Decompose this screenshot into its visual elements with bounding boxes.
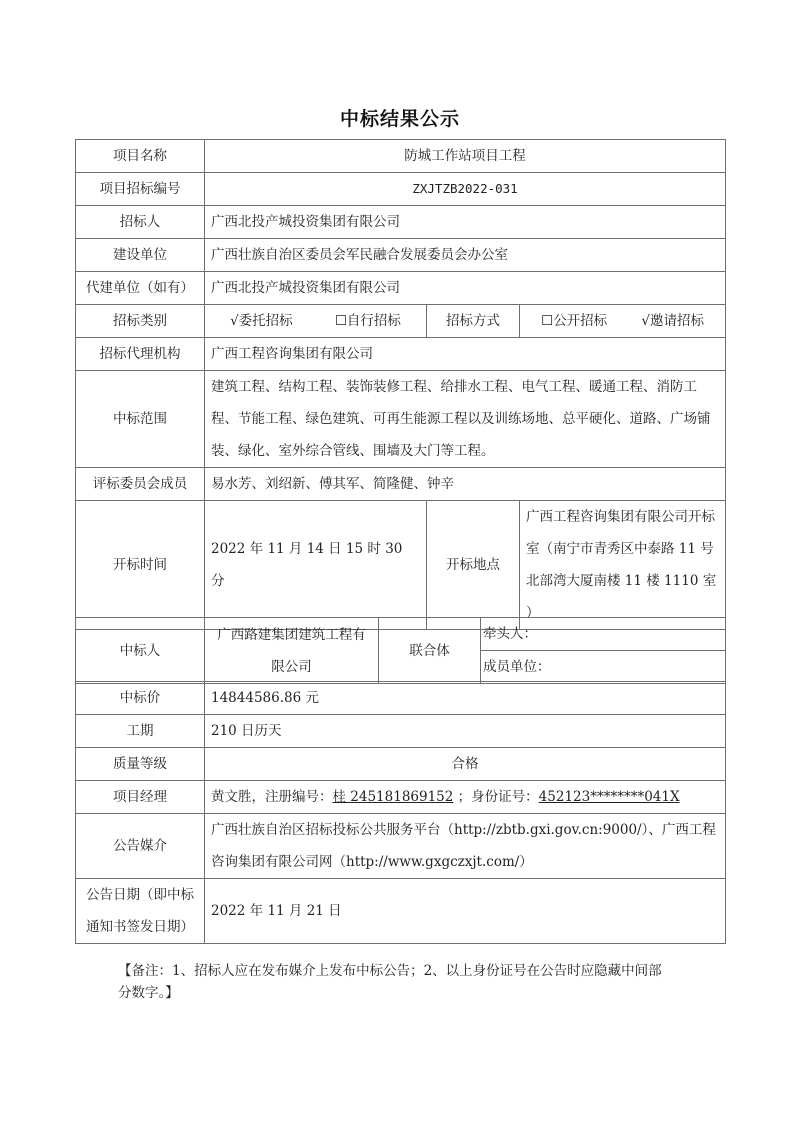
registration-number: 桂 245181869152 [333, 789, 454, 805]
bid-result-table: 项目名称 防城工作站项目工程 项目招标编号 ZXJTZB2022-031 招标人… [75, 139, 726, 630]
row-bid-category: 招标类别 √委托招标 ☐自行招标 招标方式 ☐公开招标 √邀请招标 [76, 305, 726, 338]
label-bid-method: 招标方式 [427, 305, 520, 338]
value-manager: 黄文胜，注册编号：桂 245181869152 ；身份证号：452123****… [205, 781, 726, 814]
row-bid-number: 项目招标编号 ZXJTZB2022-031 [76, 173, 726, 206]
value-winner: 广西路建集团建筑工程有限公司 [205, 618, 379, 684]
label-notice-date: 公告日期（即中标通知书签发日期） [76, 879, 205, 944]
label-builder: 建设单位 [76, 239, 205, 272]
row-project-name: 项目名称 防城工作站项目工程 [76, 140, 726, 173]
label-project-name: 项目名称 [76, 140, 205, 173]
label-quality: 质量等级 [76, 748, 205, 781]
row-builder: 建设单位 广西壮族自治区委员会军民融合发展委员会办公室 [76, 239, 726, 272]
label-opening-place: 开标地点 [427, 501, 520, 630]
row-media: 公告媒介 广西壮族自治区招标投标公共服务平台（http://zbtb.gxi.g… [76, 814, 726, 879]
value-agency: 广西工程咨询集团有限公司 [205, 338, 726, 371]
document-title: 中标结果公示 [0, 104, 800, 131]
value-media: 广西壮族自治区招标投标公共服务平台（http://zbtb.gxi.gov.cn… [205, 814, 726, 879]
value-opening-place: 广西工程咨询集团有限公司开标室（南宁市青秀区中泰路 11 号北部湾大厦南楼 11… [520, 501, 726, 630]
winner-table: 中标人 广西路建集团建筑工程有限公司 联合体 牵头人： 成员单位： [75, 617, 726, 684]
row-notice-date: 公告日期（即中标通知书签发日期） 2022 年 11 月 21 日 [76, 879, 726, 944]
value-notice-date: 2022 年 11 月 21 日 [205, 879, 726, 944]
empty-box-icon: ☐ [335, 313, 347, 329]
label-duration: 工期 [76, 715, 205, 748]
row-tenderer: 招标人 广西北投产城投资集团有限公司 [76, 206, 726, 239]
label-manager: 项目经理 [76, 781, 205, 814]
bid-category-options: √委托招标 ☐自行招标 [205, 305, 427, 338]
label-tenderer: 招标人 [76, 206, 205, 239]
row-opening: 开标时间 2022 年 11 月 14 日 15 时 30 分 开标地点 广西工… [76, 501, 726, 630]
remark-line-2: 分数字。】 [118, 982, 718, 1004]
remark-line-1: 【备注：1、招标人应在发布媒介上发布中标公告；2、以上身份证号在公告时应隐藏中间… [118, 963, 662, 979]
row-agency: 招标代理机构 广西工程咨询集团有限公司 [76, 338, 726, 371]
label-opening-time: 开标时间 [76, 501, 205, 630]
row-quality: 质量等级 合格 [76, 748, 726, 781]
check-mark-icon: √ [641, 313, 650, 329]
row-winner: 中标人 广西路建集团建筑工程有限公司 联合体 牵头人： [76, 618, 726, 651]
label-bid-number: 项目招标编号 [76, 173, 205, 206]
label-price: 中标价 [76, 682, 205, 715]
label-winner: 中标人 [76, 618, 205, 684]
checkbox-open: ☐公开招标 [541, 305, 607, 337]
label-agency: 招标代理机构 [76, 338, 205, 371]
label-lead: 牵头人： [481, 618, 726, 651]
checkbox-self: ☐自行招标 [335, 305, 401, 337]
row-manager: 项目经理 黄文胜，注册编号：桂 245181869152 ；身份证号：45212… [76, 781, 726, 814]
details-table: 中标价 14844586.86 元 工期 210 日历天 质量等级 合格 项目经… [75, 681, 726, 944]
row-committee: 评标委员会成员 易水芳、刘绍新、傅其军、简隆健、钟辛 [76, 468, 726, 501]
label-members: 成员单位： [481, 651, 726, 684]
value-project-name: 防城工作站项目工程 [205, 140, 726, 173]
label-agent-builder: 代建单位（如有） [76, 272, 205, 305]
value-committee: 易水芳、刘绍新、傅其军、简隆健、钟辛 [205, 468, 726, 501]
row-scope: 中标范围 建筑工程、结构工程、装饰装修工程、给排水工程、电气工程、暖通工程、消防… [76, 371, 726, 468]
label-committee: 评标委员会成员 [76, 468, 205, 501]
checkbox-invited: √邀请招标 [641, 305, 704, 337]
label-media: 公告媒介 [76, 814, 205, 879]
value-agent-builder: 广西北投产城投资集团有限公司 [205, 272, 726, 305]
value-quality: 合格 [205, 748, 726, 781]
value-bid-number: ZXJTZB2022-031 [205, 173, 726, 206]
label-bid-category: 招标类别 [76, 305, 205, 338]
row-price: 中标价 14844586.86 元 [76, 682, 726, 715]
check-mark-icon: √ [230, 313, 239, 329]
value-tenderer: 广西北投产城投资集团有限公司 [205, 206, 726, 239]
value-duration: 210 日历天 [205, 715, 726, 748]
checkbox-entrusted: √委托招标 [230, 305, 293, 337]
row-agent-builder: 代建单位（如有） 广西北投产城投资集团有限公司 [76, 272, 726, 305]
bid-method-options: ☐公开招标 √邀请招标 [520, 305, 726, 338]
label-scope: 中标范围 [76, 371, 205, 468]
empty-box-icon: ☐ [541, 313, 553, 329]
label-consortium: 联合体 [379, 618, 481, 684]
remark-note: 【备注：1、招标人应在发布媒介上发布中标公告；2、以上身份证号在公告时应隐藏中间… [118, 960, 718, 1004]
value-scope: 建筑工程、结构工程、装饰装修工程、给排水工程、电气工程、暖通工程、消防工程、节能… [205, 371, 726, 468]
id-number: 452123********041X [539, 789, 680, 805]
value-price: 14844586.86 元 [205, 682, 726, 715]
value-opening-time: 2022 年 11 月 14 日 15 时 30 分 [205, 501, 427, 630]
row-duration: 工期 210 日历天 [76, 715, 726, 748]
value-builder: 广西壮族自治区委员会军民融合发展委员会办公室 [205, 239, 726, 272]
